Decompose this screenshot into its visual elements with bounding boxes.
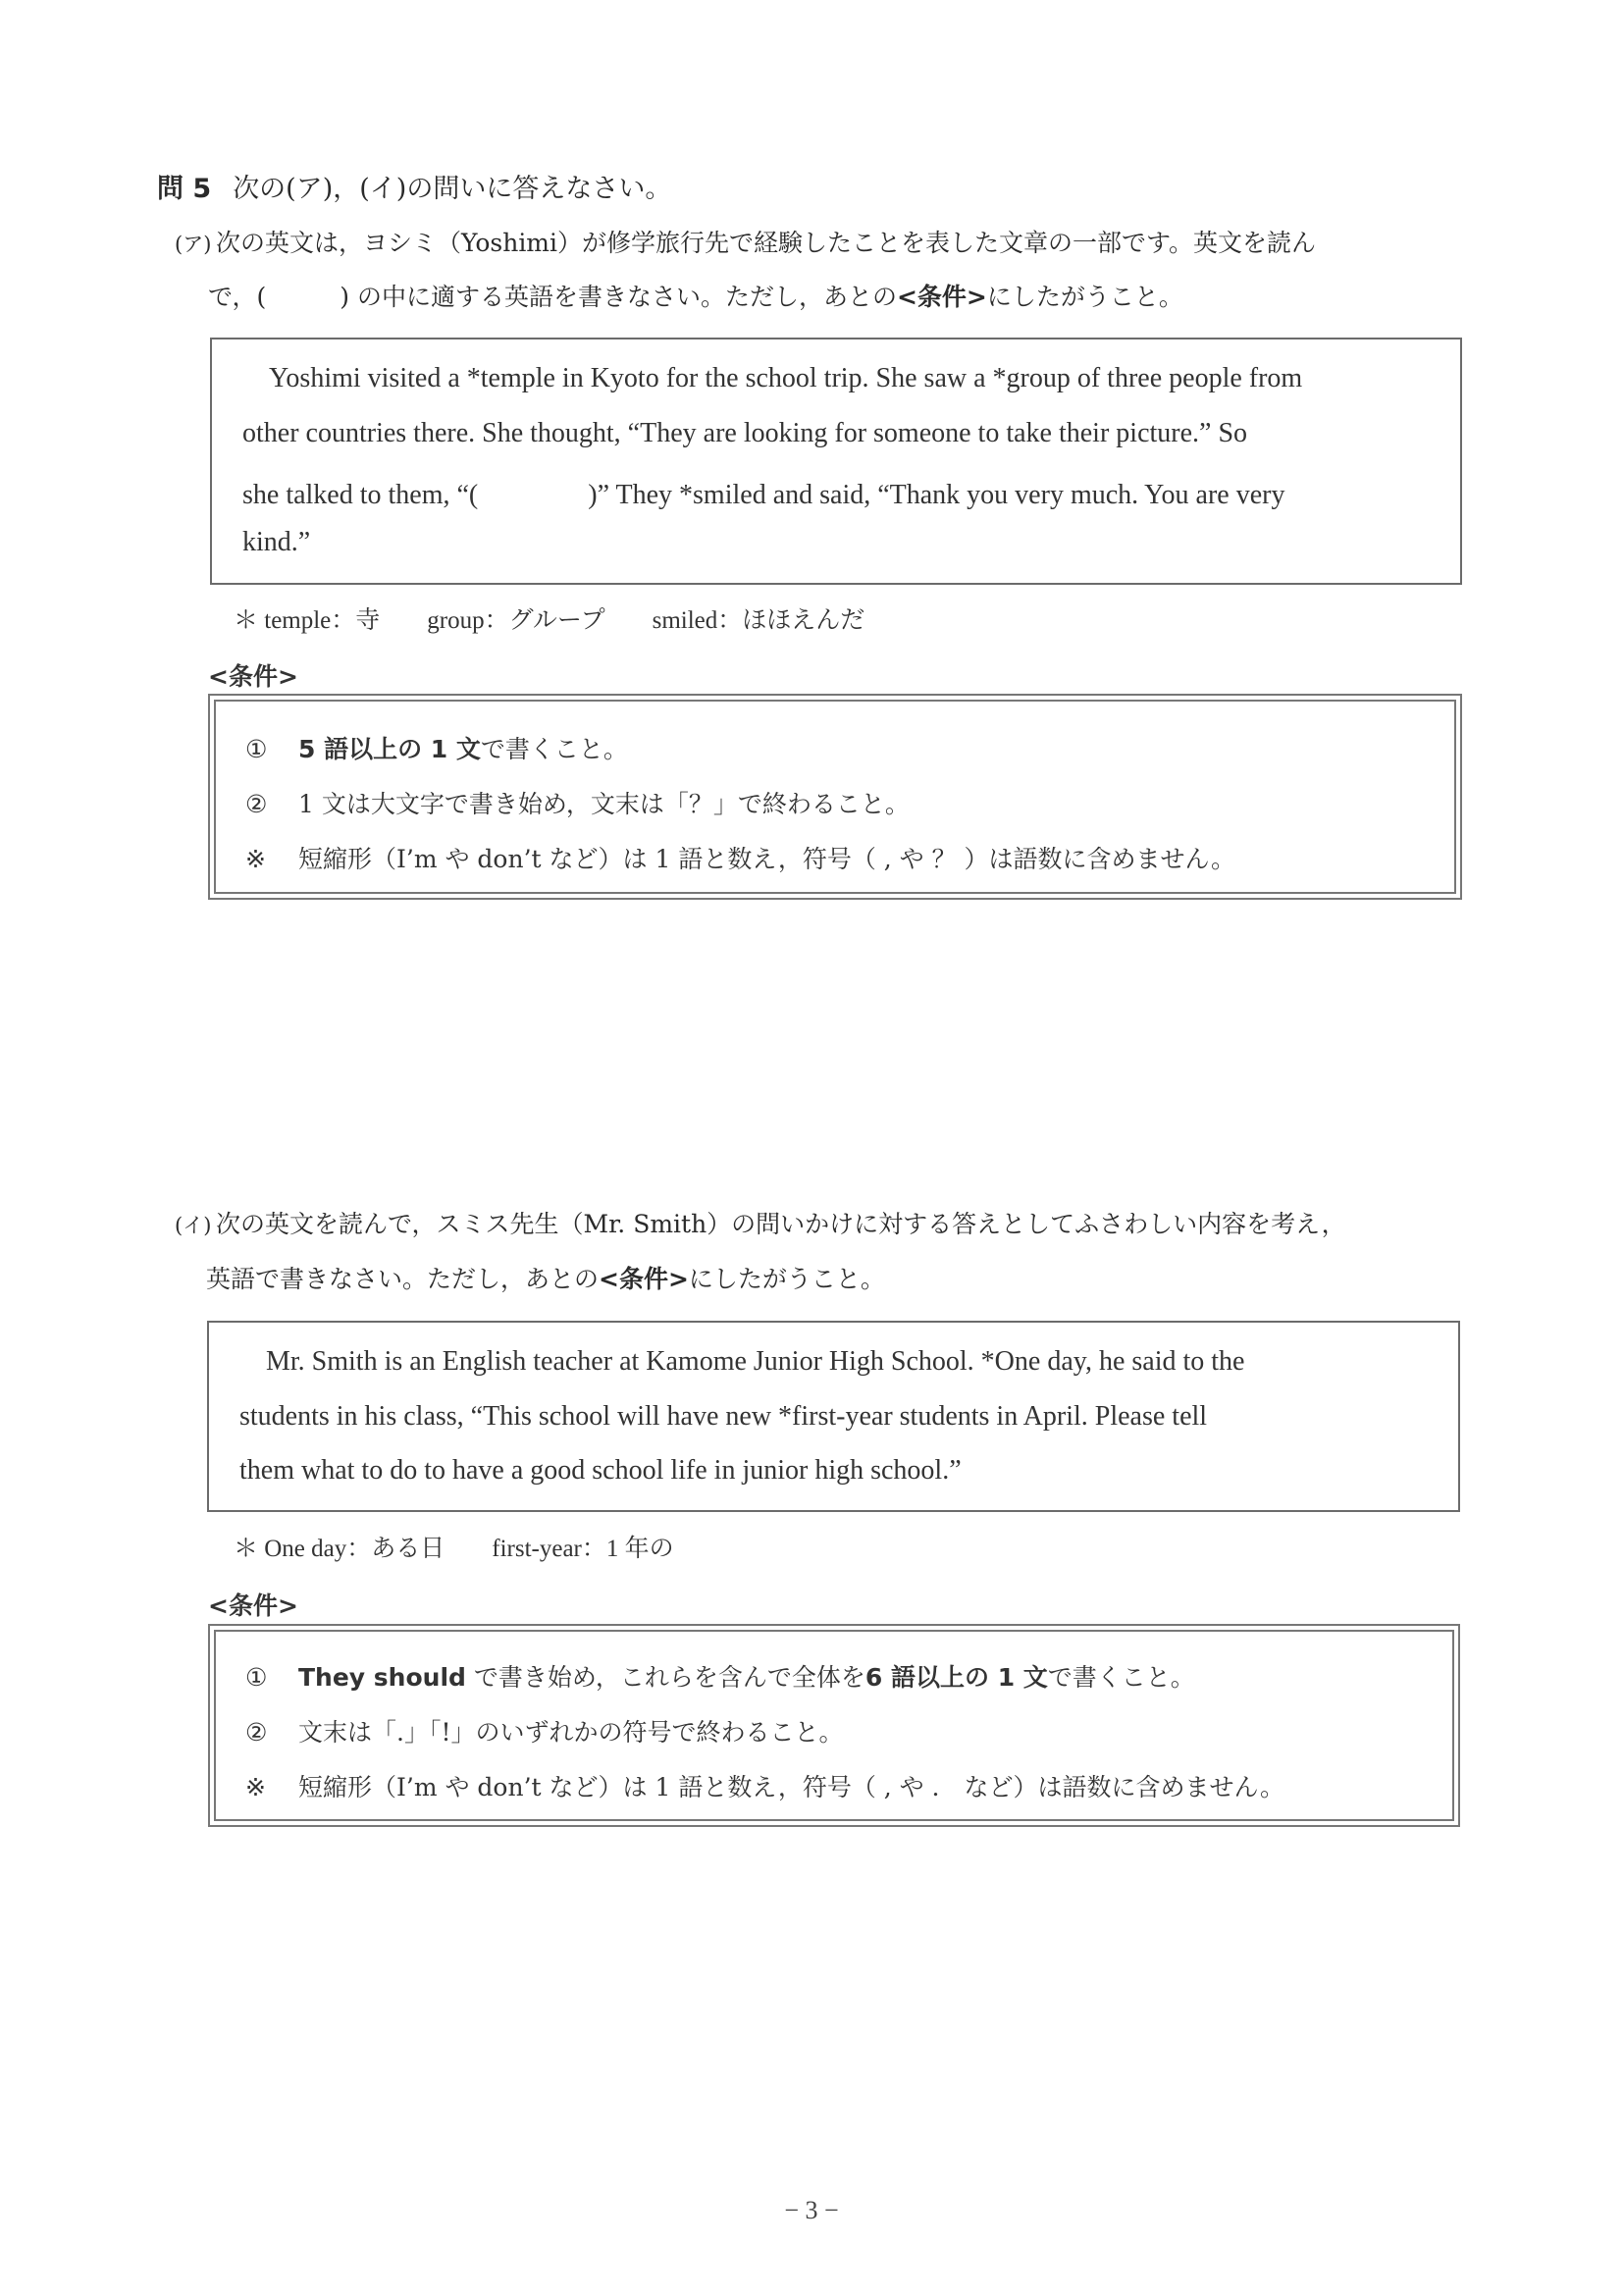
condition-item: ①They should で書き始め，これらを含んで全体を6 語以上の 1 文で… [245, 1658, 1195, 1694]
glossary-item-temple: ＊ temple：寺 [234, 607, 380, 634]
condition-text: 短縮形（I’m や don’t など）は 1 語と数え，符号（ , や ． など… [298, 1773, 1284, 1801]
part-b-glossary: ＊ One day：ある日first-year：1 年の [234, 1529, 721, 1564]
part-b-instruction-line2: 英語で書きなさい。ただし，あとの<条件>にしたがうこと。 [206, 1260, 885, 1295]
part-a-conditions-box: ①5 語以上の 1 文で書くこと。 ②1 文は大文字で書き始め，文末は「？」で終… [208, 694, 1462, 900]
passage-line: them what to do to have a good school li… [239, 1455, 962, 1487]
condition-item: ②1 文は大文字で書き始め，文末は「？」で終わること。 [245, 785, 910, 820]
circled-2-marker: ② [245, 1718, 298, 1747]
part-b-passage-box: Mr. Smith is an English teacher at Kamom… [207, 1321, 1460, 1512]
part-a-glossary: ＊ temple：寺group：グループsmiled：ほほえんだ [234, 600, 912, 636]
part-a-instruction-pre: で，( ) の中に適する英語を書きなさい。ただし，あとの [208, 283, 897, 311]
glossary-item-first-year: first-year：1 年の [492, 1536, 673, 1562]
part-b-label: (イ) [175, 1210, 216, 1239]
part-b-instruction-pre: 英語で書きなさい。ただし，あとの [206, 1265, 599, 1293]
passage-line: students in his class, “This school will… [239, 1401, 1207, 1433]
condition-text: 文末は「.」「!」のいずれかの符号で終わること。 [298, 1718, 844, 1747]
question-number: 問 5 [157, 174, 211, 204]
part-a-instruction-conditions-ref: <条件> [897, 283, 987, 311]
passage-line: Mr. Smith is an English teacher at Kamom… [266, 1346, 1244, 1378]
part-a-instruction-line2: で，( ) の中に適する英語を書きなさい。ただし，あとの<条件>にしたがうこと。 [208, 278, 1183, 313]
part-b-conditions-heading: <条件> [208, 1587, 298, 1622]
passage-line: she talked to them, “( )” They *smiled a… [242, 473, 1284, 512]
part-a-instruction-line1: (ア)次の英文は，ヨシミ（Yoshimi）が修学旅行先で経験したことを表した文章… [175, 224, 1316, 259]
passage-line: kind.” [242, 527, 310, 558]
condition-text: で書くこと。 [481, 735, 628, 763]
part-b-instruction-line1: (イ)次の英文を読んで，スミス先生（Mr. Smith）の問いかけに対する答えと… [175, 1205, 1346, 1240]
condition-bold-text: They should [298, 1663, 466, 1692]
passage-line: other countries there. She thought, “The… [242, 418, 1247, 449]
glossary-item-one-day: ＊ One day：ある日 [234, 1536, 445, 1562]
part-b-instruction-text: 次の英文を読んで，スミス先生（Mr. Smith）の問いかけに対する答えとしてふ… [216, 1210, 1346, 1238]
part-a-passage-box: Yoshimi visited a *temple in Kyoto for t… [210, 338, 1462, 585]
condition-bold-text: 5 語以上の 1 文 [298, 735, 481, 763]
circled-1-marker: ① [245, 1663, 298, 1692]
circled-1-marker: ① [245, 735, 298, 763]
part-a-conditions-heading: <条件> [208, 657, 298, 693]
part-b-instruction-post: にしたがうこと。 [689, 1265, 885, 1293]
condition-text: 短縮形（I’m や don’t など）は 1 語と数え，符号（ , や ？ ）は… [298, 845, 1235, 873]
condition-item: ①5 語以上の 1 文で書くこと。 [245, 730, 628, 765]
part-a-instruction-post: にしたがうこと。 [987, 283, 1183, 311]
condition-bold-text: 6 語以上の 1 文 [865, 1663, 1048, 1692]
reference-mark: ※ [245, 1773, 298, 1801]
passage-line: Yoshimi visited a *temple in Kyoto for t… [269, 363, 1302, 394]
condition-item: ②文末は「.」「!」のいずれかの符号で終わること。 [245, 1713, 844, 1748]
part-a-label: (ア) [175, 229, 216, 258]
circled-2-marker: ② [245, 790, 298, 818]
condition-text: 1 文は大文字で書き始め，文末は「？」で終わること。 [298, 790, 910, 818]
page-number: − 3 − [0, 2196, 1623, 2225]
condition-text: で書き始め，これらを含んで全体を [466, 1663, 865, 1692]
glossary-item-smiled: smiled：ほほえんだ [653, 607, 865, 634]
reference-mark: ※ [245, 845, 298, 873]
question-title: 問 5次の(ア)，(イ)の問いに答えなさい。 [157, 167, 671, 205]
condition-text: で書くこと。 [1048, 1663, 1195, 1692]
glossary-item-group: group：グループ [427, 607, 604, 634]
question-instruction: 次の(ア)，(イ)の問いに答えなさい。 [233, 174, 671, 204]
part-a-instruction-text: 次の英文は，ヨシミ（Yoshimi）が修学旅行先で経験したことを表した文章の一部… [216, 229, 1316, 257]
part-b-instruction-conditions-ref: <条件> [599, 1265, 689, 1293]
part-b-conditions-box: ①They should で書き始め，これらを含んで全体を6 語以上の 1 文で… [208, 1624, 1460, 1827]
condition-item: ※短縮形（I’m や don’t など）は 1 語と数え，符号（ , や ． な… [245, 1768, 1284, 1803]
condition-item: ※短縮形（I’m や don’t など）は 1 語と数え，符号（ , や ？ ）… [245, 840, 1235, 875]
